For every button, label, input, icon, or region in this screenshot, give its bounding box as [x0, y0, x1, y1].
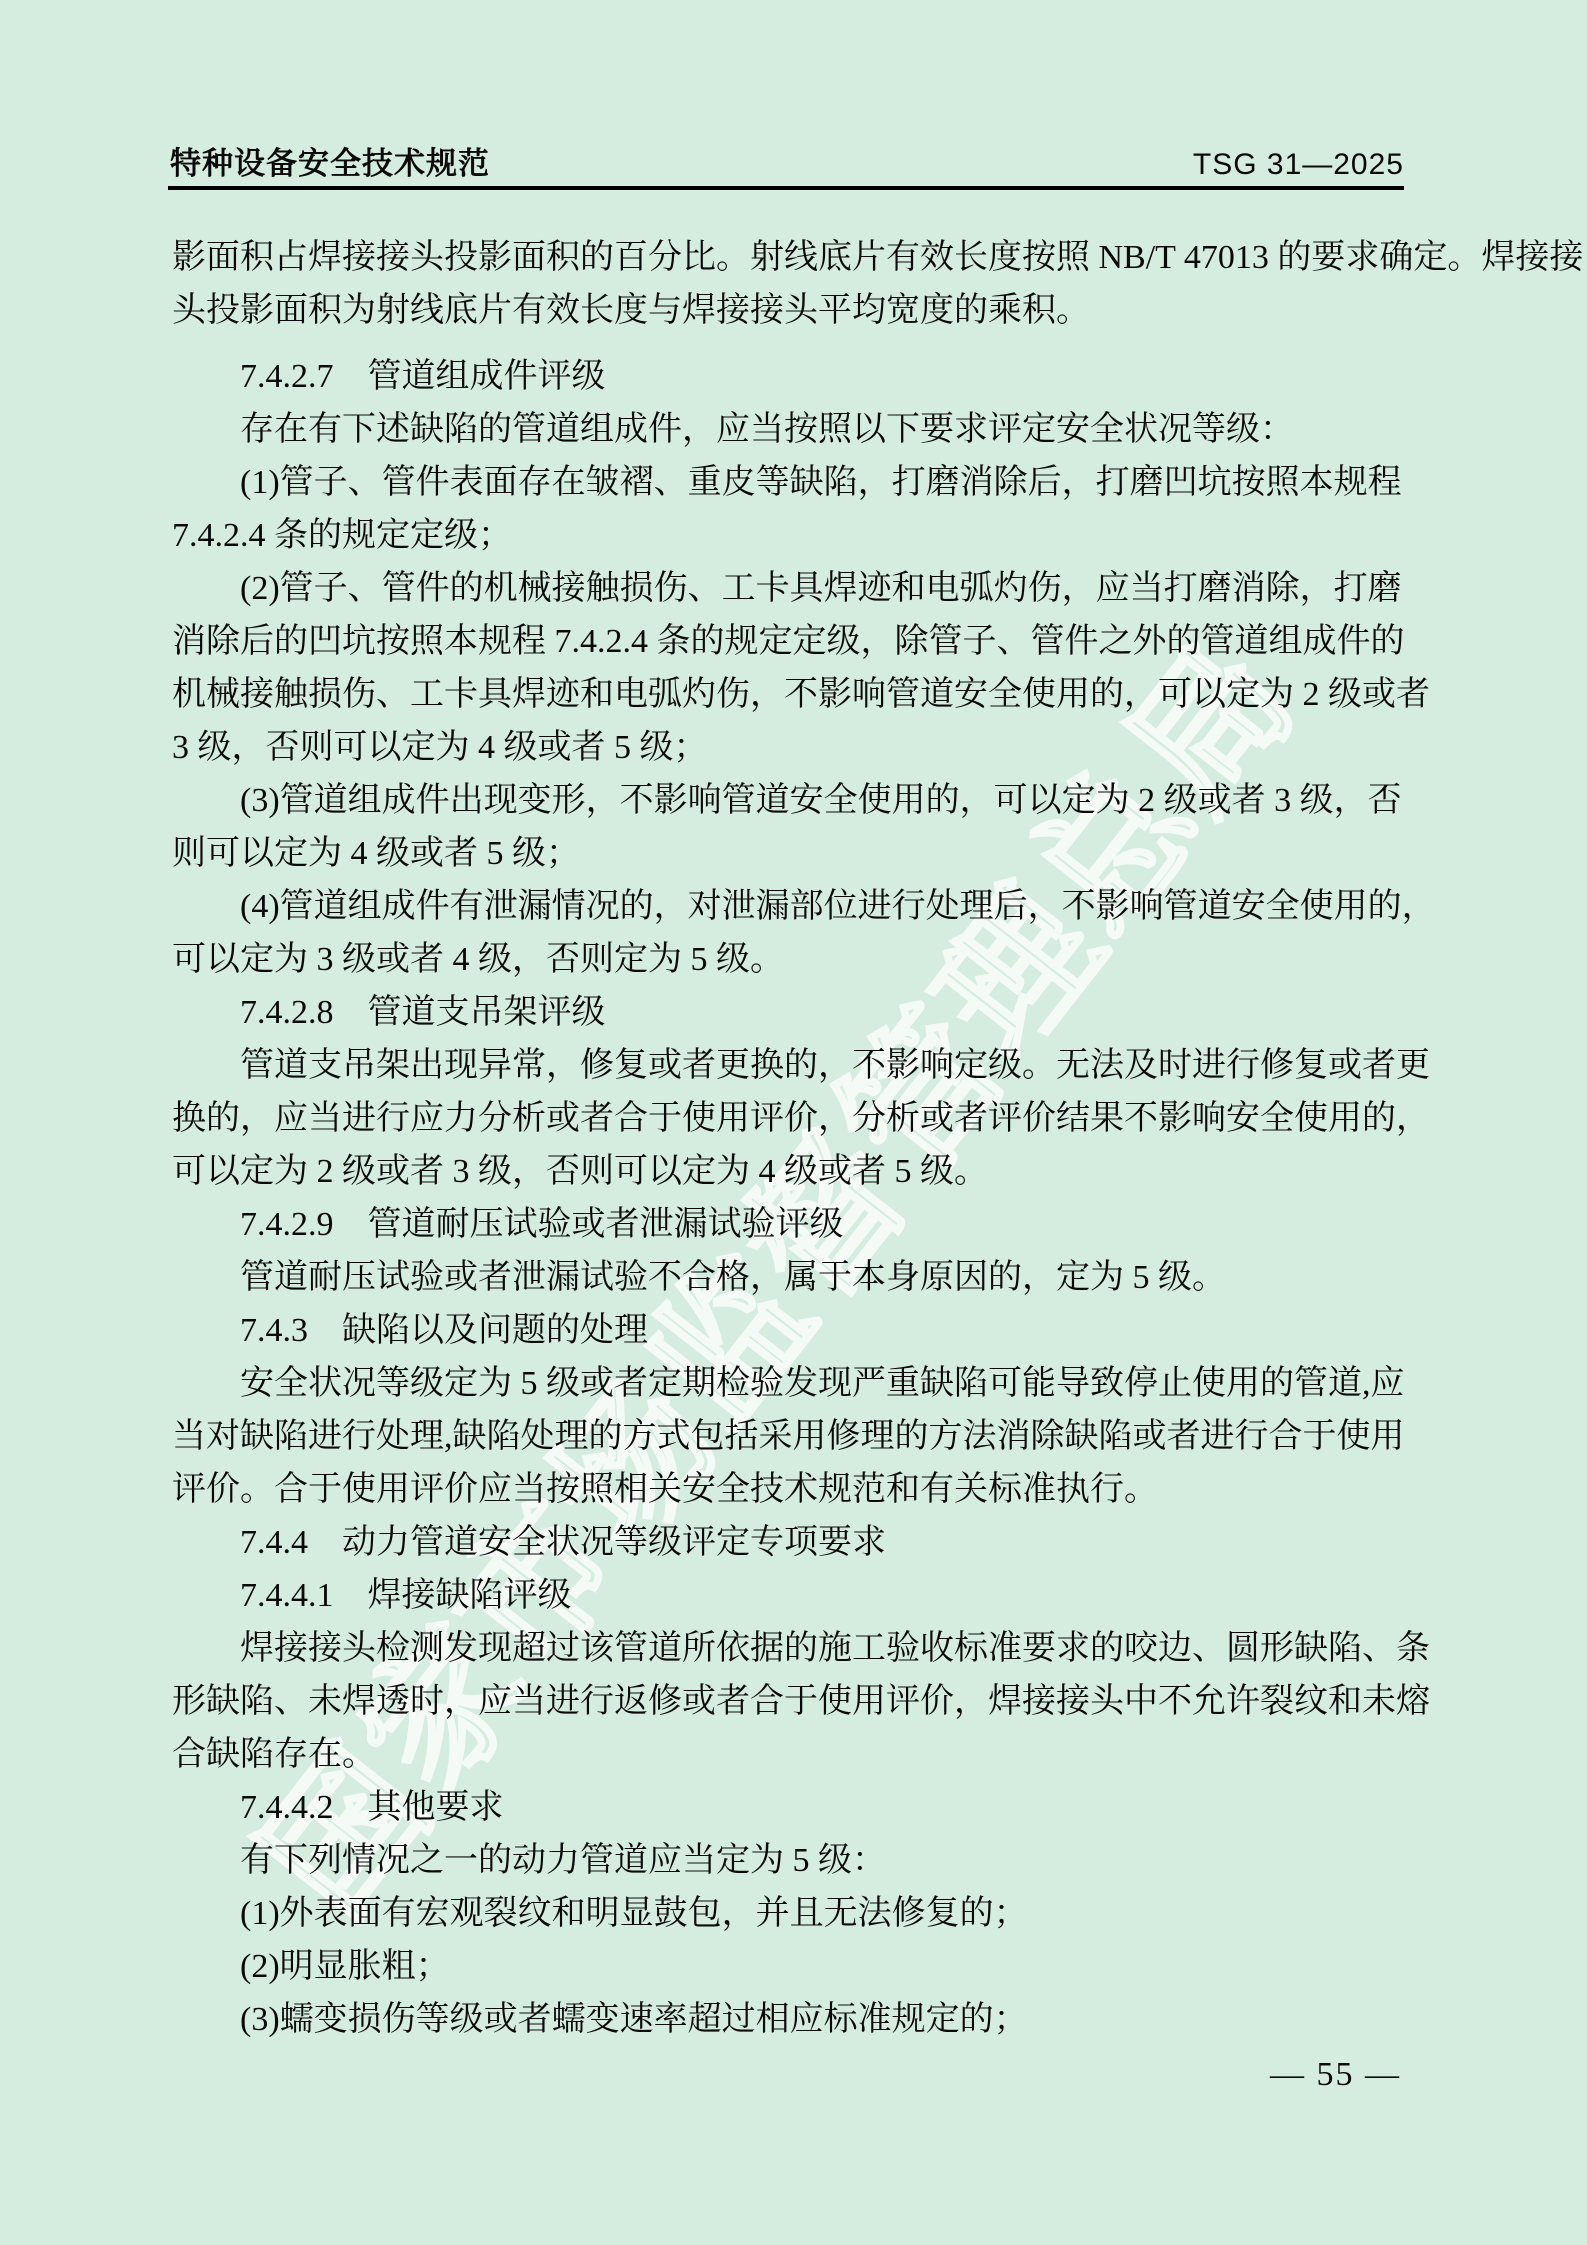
text-line: (1)外表面有宏观裂纹和明显鼓包，并且无法修复的；: [172, 1887, 1405, 1940]
text-line: 评价。合于使用评价应当按照相关安全技术规范和有关标准执行。: [172, 1463, 1405, 1516]
text-line: 影面积占焊接接头投影面积的百分比。射线底片有效长度按照 NB/T 47013 的…: [172, 231, 1405, 284]
text-line: (3)蠕变损伤等级或者蠕变速率超过相应标准规定的；: [172, 1993, 1405, 2046]
text-line: (4)管道组成件有泄漏情况的，对泄漏部位进行处理后，不影响管道安全使用的，: [172, 880, 1405, 933]
document-page: 国家市场监督管理总局 特种设备安全技术规范 TSG 31—2025 影面积占焊接…: [0, 0, 1587, 2245]
text-line: 则可以定为 4 级或者 5 级；: [172, 827, 1405, 880]
text-line: 换的，应当进行应力分析或者合于使用评价，分析或者评价结果不影响安全使用的，: [172, 1092, 1405, 1145]
page-number: — 55 —: [1270, 2056, 1401, 2094]
text-line: 消除后的凹坑按照本规程 7.4.2.4 条的规定定级，除管子、管件之外的管道组成…: [172, 615, 1405, 668]
header-rule: [168, 186, 1404, 190]
text-line: 7.4.3 缺陷以及问题的处理: [172, 1304, 1405, 1357]
header-document-title: 特种设备安全技术规范: [170, 138, 490, 183]
text-line: 可以定为 3 级或者 4 级，否则定为 5 级。: [172, 933, 1405, 986]
text-line: 存在有下述缺陷的管道组成件，应当按照以下要求评定安全状况等级：: [172, 403, 1405, 456]
text-line: 头投影面积为射线底片有效长度与焊接接头平均宽度的乘积。: [172, 284, 1405, 337]
text-line: 7.4.2.8 管道支吊架评级: [172, 986, 1405, 1039]
text-line: 合缺陷存在。: [172, 1728, 1405, 1781]
text-line: (1)管子、管件表面存在皱褶、重皮等缺陷，打磨消除后，打磨凹坑按照本规程: [172, 456, 1405, 509]
text-line: 3 级，否则可以定为 4 级或者 5 级；: [172, 721, 1405, 774]
text-line: 安全状况等级定为 5 级或者定期检验发现严重缺陷可能导致停止使用的管道,应: [172, 1357, 1405, 1410]
text-line: 7.4.2.7 管道组成件评级: [172, 350, 1405, 403]
text-line: 7.4.4 动力管道安全状况等级评定专项要求: [172, 1516, 1405, 1569]
text-line: 形缺陷、未焊透时，应当进行返修或者合于使用评价，焊接接头中不允许裂纹和未熔: [172, 1675, 1405, 1728]
text-line: 焊接接头检测发现超过该管道所依据的施工验收标准要求的咬边、圆形缺陷、条: [172, 1622, 1405, 1675]
text-line: 有下列情况之一的动力管道应当定为 5 级：: [172, 1834, 1405, 1887]
page-header: 特种设备安全技术规范 TSG 31—2025: [170, 138, 1404, 183]
text-line: 可以定为 2 级或者 3 级，否则可以定为 4 级或者 5 级。: [172, 1145, 1405, 1198]
text-line: (2)明显胀粗；: [172, 1940, 1405, 1993]
text-line: 7.4.2.4 条的规定定级；: [172, 509, 1405, 562]
text-line: (3)管道组成件出现变形，不影响管道安全使用的，可以定为 2 级或者 3 级，否: [172, 774, 1405, 827]
text-line: (2)管子、管件的机械接触损伤、工卡具焊迹和电弧灼伤，应当打磨消除，打磨: [172, 562, 1405, 615]
body-text: 影面积占焊接接头投影面积的百分比。射线底片有效长度按照 NB/T 47013 的…: [172, 231, 1405, 2046]
header-document-code: TSG 31—2025: [1193, 148, 1404, 182]
text-line: 7.4.4.1 焊接缺陷评级: [172, 1569, 1405, 1622]
text-line: 管道支吊架出现异常，修复或者更换的，不影响定级。无法及时进行修复或者更: [172, 1039, 1405, 1092]
text-line: 机械接触损伤、工卡具焊迹和电弧灼伤，不影响管道安全使用的，可以定为 2 级或者: [172, 668, 1405, 721]
text-line: 当对缺陷进行处理,缺陷处理的方式包括采用修理的方法消除缺陷或者进行合于使用: [172, 1410, 1405, 1463]
text-line: 管道耐压试验或者泄漏试验不合格，属于本身原因的，定为 5 级。: [172, 1251, 1405, 1304]
text-line: 7.4.2.9 管道耐压试验或者泄漏试验评级: [172, 1198, 1405, 1251]
text-line: 7.4.4.2 其他要求: [172, 1781, 1405, 1834]
